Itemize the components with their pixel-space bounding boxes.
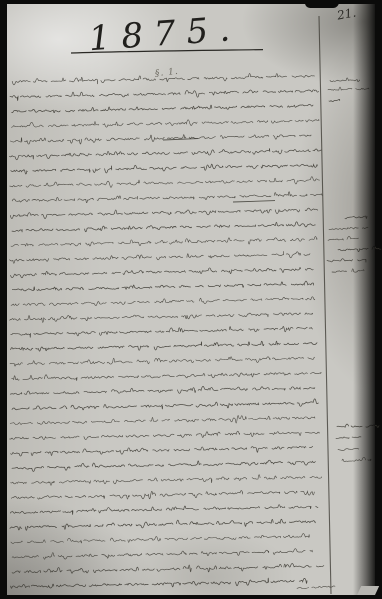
scanned-manuscript-page: 1875. §. 1. 21. — [0, 0, 382, 599]
scan-edge-notch — [305, 0, 339, 8]
binding-shadow — [353, 4, 375, 595]
handwritten-text-layer — [0, 0, 382, 599]
paper-sheet: 1875. §. 1. 21. — [7, 4, 375, 595]
